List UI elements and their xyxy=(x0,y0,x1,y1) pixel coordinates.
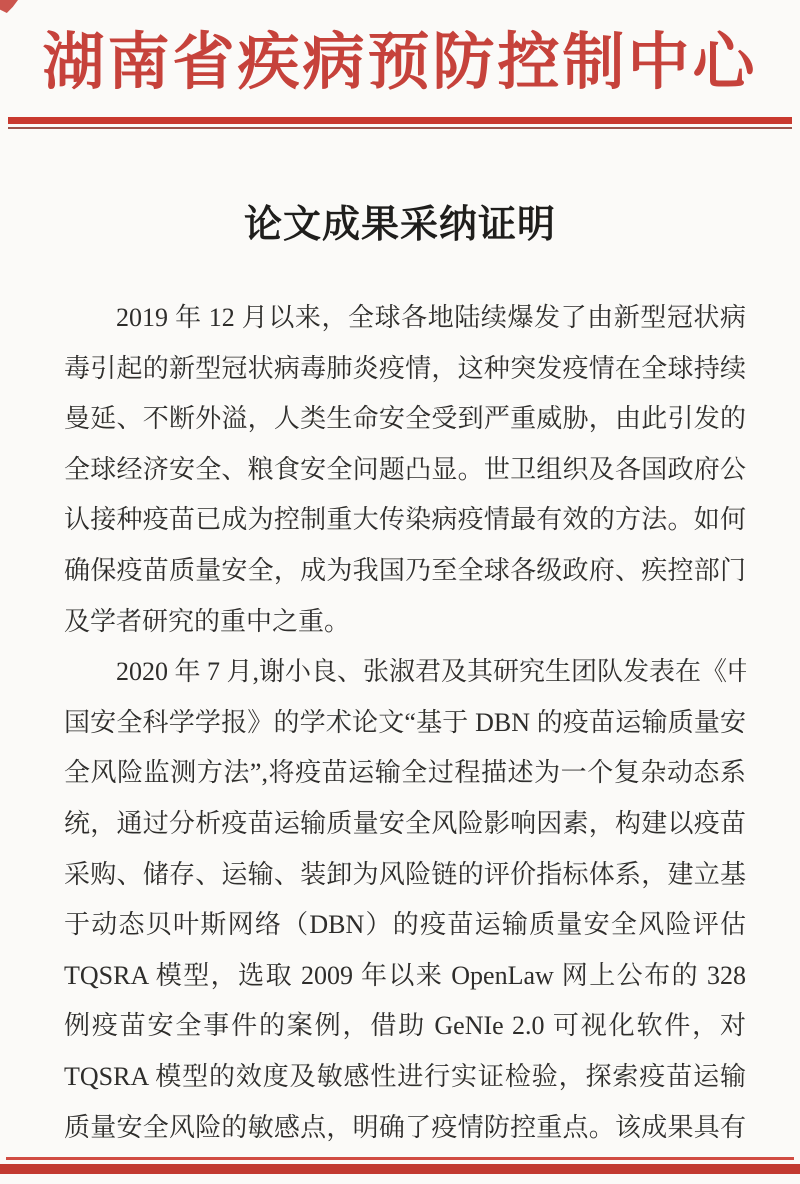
paragraph-2-line-7: TQSRA 模型，选取 2009 年以来 OpenLaw 网上公布的 328 xyxy=(64,951,746,1002)
paragraph-2-line-8: 例疫苗安全事件的案例，借助 GeNIe 2.0 可视化软件，对 xyxy=(64,1001,746,1052)
paragraph-1-line-3: 曼延、不断外溢，人类生命安全受到严重威胁，由此引发的 xyxy=(64,394,746,445)
document-title: 论文成果采纳证明 xyxy=(0,196,800,254)
paragraph-1-line-5: 认接种疫苗已成为控制重大传染病疫情最有效的方法。如何 xyxy=(64,495,746,546)
paragraph-2-line-3: 全风险监测方法”,将疫苗运输全过程描述为一个复杂动态系 xyxy=(64,748,746,799)
paragraph-2-line-9: TQSRA 模型的效度及敏感性进行实证检验，探索疫苗运输 xyxy=(64,1052,746,1103)
footer-rule-thick xyxy=(0,1164,800,1174)
paragraph-2-line-6: 于动态贝叶斯网络（DBN）的疫苗运输质量安全风险评估 xyxy=(64,900,746,951)
paragraph-1-line-1: 2019 年 12 月以来，全球各地陆续爆发了由新型冠状病 xyxy=(64,293,746,344)
paragraph-1-line-4: 全球经济安全、粮食安全问题凸显。世卫组织及各国政府公 xyxy=(64,445,746,496)
paragraph-2-line-5: 采购、储存、运输、装卸为风险链的评价指标体系，建立基 xyxy=(64,850,746,901)
paragraph-1-line-2: 毒引起的新型冠状病毒肺炎疫情，这种突发疫情在全球持续 xyxy=(64,344,746,395)
scan-artifact-mark xyxy=(0,0,18,13)
letterhead-rule-thick xyxy=(8,117,792,124)
paragraph-2-line-1: 2020 年 7 月,谢小良、张淑君及其研究生团队发表在《中 xyxy=(64,647,746,698)
paragraph-2-line-4: 统，通过分析疫苗运输质量安全风险影响因素，构建以疫苗 xyxy=(64,799,746,850)
letterhead-org-name: 湖南省疾病预防控制中心 xyxy=(0,18,800,108)
paragraph-2-line-10: 质量安全风险的敏感点，明确了疫情防控重点。该成果具有 xyxy=(64,1103,746,1154)
paragraph-1-line-6: 确保疫苗质量安全，成为我国乃至全球各级政府、疾控部门 xyxy=(64,546,746,597)
scanned-document-page: 湖南省疾病预防控制中心 论文成果采纳证明 2019 年 12 月以来，全球各地陆… xyxy=(0,0,800,1184)
document-body: 2019 年 12 月以来，全球各地陆续爆发了由新型冠状病 毒引起的新型冠状病毒… xyxy=(64,293,746,1153)
footer-rule-thin xyxy=(6,1157,794,1160)
letterhead-rule-thin xyxy=(8,127,792,129)
paragraph-2-line-2: 国安全科学学报》的学术论文“基于 DBN 的疫苗运输质量安 xyxy=(64,698,746,749)
paragraph-1-line-7: 及学者研究的重中之重。 xyxy=(64,597,746,648)
